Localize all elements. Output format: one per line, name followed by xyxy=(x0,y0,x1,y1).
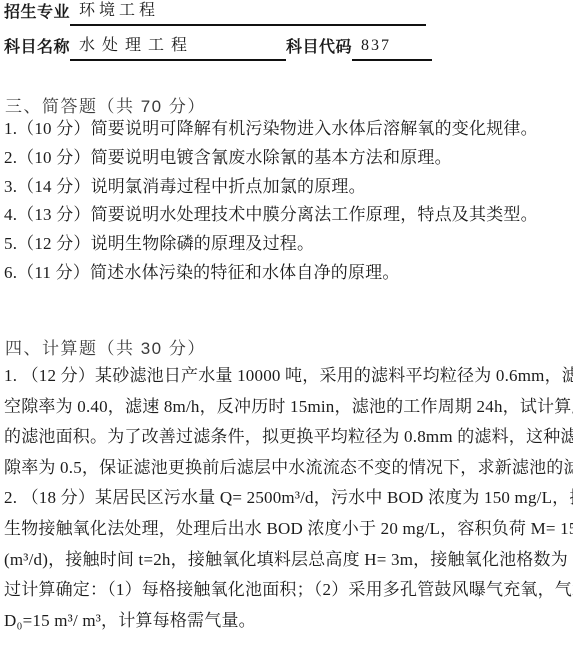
calc-q2-line-4: 过计算确定：（1）每格接触氧化池面积；（2）采用多孔管鼓风曝气充氧，气水比 xyxy=(4,575,573,606)
subject-name-label: 科目名称 xyxy=(4,38,70,61)
calculation-question-text: 1. （12 分）某砂滤池日产水量 10000 吨，采用的滤料平均粒径为 0.6… xyxy=(4,361,573,636)
short-question-2: 2.（10 分）简要说明电镀含氰废水除氰的基本方法和原理。 xyxy=(4,144,575,173)
calc-q2-line-2: 生物接触氧化法处理，处理后出水 BOD 浓度小于 20 mg/L，容积负荷 M=… xyxy=(4,514,573,545)
short-question-3: 3.（14 分）说明氯消毒过程中折点加氯的原理。 xyxy=(4,173,575,202)
exam-paper-page: 招生专业 环境工程 科目名称 水处理工程 科目代码 837 三、简答题（共 70… xyxy=(0,0,577,646)
admission-major-value: 环境工程 xyxy=(70,1,426,26)
calc-q2-line-1: 2. （18 分）某居民区污水量 Q= 2500m³/d，污水中 BOD 浓度为… xyxy=(4,483,573,514)
short-answer-question-list: 1.（10 分）简要说明可降解有机污染物进入水体后溶解氧的变化规律。 2.（10… xyxy=(4,115,575,288)
calc-q2-line-5: D₀=15 m³/ m³，计算每格需气量。 xyxy=(4,606,573,637)
calculation-section-heading: 四、计算题（共 30 分） xyxy=(5,334,206,359)
short-question-4: 4.（13 分）简要说明水处理技术中膜分离法工作原理，特点及其类型。 xyxy=(4,201,575,230)
short-question-6: 6.（11 分）简述水体污染的特征和水体自净的原理。 xyxy=(4,259,575,288)
subject-code-value: 837 xyxy=(352,36,432,61)
calc-q1-line-3: 的滤池面积。为了改善过滤条件，拟更换平均粒径为 0.8mm 的滤料，这种滤料的空 xyxy=(4,422,573,453)
calc-q2-line-3: (m³/d)，接触时间 t=2h，接触氧化填料层总高度 H= 3m，接触氧化池格… xyxy=(4,545,573,576)
short-question-5: 5.（12 分）说明生物除磷的原理及过程。 xyxy=(4,230,575,259)
calc-q1-line-4: 隙率为 0.5，保证滤池更换前后滤层中水流流态不变的情况下，求新滤池的滤速。 xyxy=(4,453,573,484)
admission-major-label: 招生专业 xyxy=(4,3,70,26)
subject-row: 科目名称 水处理工程 科目代码 837 xyxy=(4,36,432,61)
short-answer-section-heading: 三、简答题（共 70 分） xyxy=(5,92,206,117)
calc-q1-line-2: 空隙率为 0.40，滤速 8m/h，反冲历时 15min，滤池的工作周期 24h… xyxy=(4,392,573,423)
subject-name-value: 水处理工程 xyxy=(70,36,286,61)
short-question-1: 1.（10 分）简要说明可降解有机污染物进入水体后溶解氧的变化规律。 xyxy=(4,115,575,144)
subject-code-label: 科目代码 xyxy=(286,38,352,61)
admission-major-row: 招生专业 环境工程 xyxy=(4,1,426,26)
calc-q1-line-1: 1. （12 分）某砂滤池日产水量 10000 吨，采用的滤料平均粒径为 0.6… xyxy=(4,361,573,392)
